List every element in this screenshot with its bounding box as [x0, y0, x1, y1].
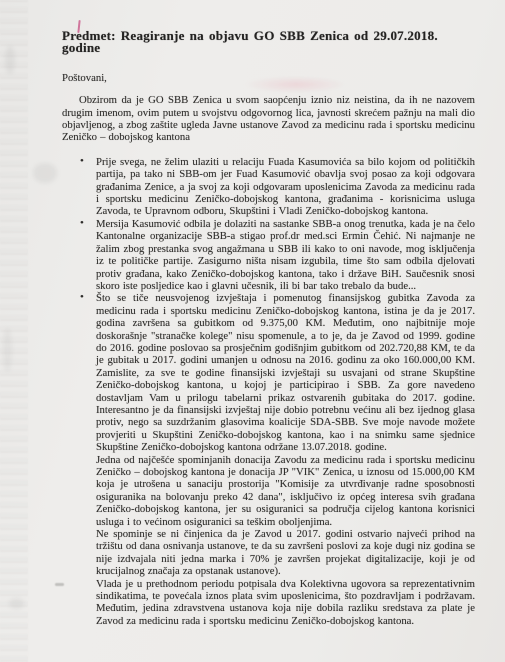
bullet-marker-icon: • [80, 217, 84, 229]
letter-content: Predmet: Reagiranje na objavu GO SBB Zen… [62, 30, 475, 654]
bullet-paragraph: Što se tiče neusvojenog izvještaja i pom… [96, 292, 475, 453]
bullet-paragraph: Prije svega, ne želim ulaziti u relaciju… [96, 156, 475, 218]
bullet-item: • Što se tiče neusvojenog izvještaja i p… [96, 292, 475, 627]
bullet-item: • Mersija Kasumović odbila je dolaziti n… [96, 218, 475, 292]
bullet-marker-icon: • [80, 155, 84, 167]
scan-smudge [3, 328, 12, 372]
bullet-paragraph: Jedna od najčešće spominjanih donacija Z… [96, 454, 475, 528]
bullet-paragraph: Ne spominje se ni činjenica da je Zavod … [96, 528, 475, 578]
scan-smudge [9, 598, 24, 609]
bullet-paragraph: Vlada je u prethodnom periodu potpisala … [96, 578, 475, 628]
scan-smudge [33, 163, 57, 183]
bullet-marker-icon: • [80, 291, 84, 303]
bullet-list: • Prije svega, ne želim ulaziti u relaci… [62, 156, 475, 627]
document-title: Predmet: Reagiranje na objavu GO SBB Zen… [62, 30, 475, 55]
scan-smudge [5, 46, 15, 74]
salutation: Poštovani, [62, 72, 475, 84]
bullet-item: • Prije svega, ne želim ulaziti u relaci… [96, 156, 475, 218]
intro-paragraph: Obzirom da je GO SBB Zenica u svom saopć… [62, 94, 475, 144]
bullet-paragraph: Mersija Kasumović odbila je dolaziti na … [96, 218, 475, 292]
document-page: Predmet: Reagiranje na objavu GO SBB Zen… [0, 0, 505, 662]
